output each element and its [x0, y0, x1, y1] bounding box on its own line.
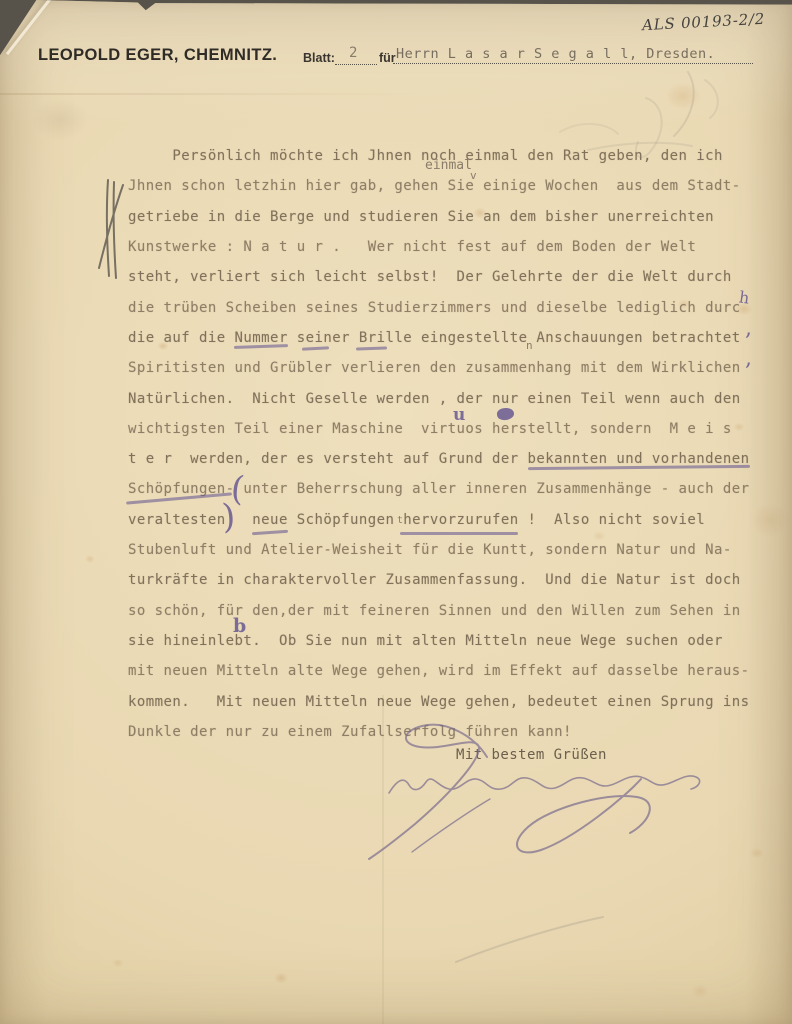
letter-body: Persönlich möchte ich Jhnen noch einmal …	[128, 141, 768, 747]
ink-underline-hervorzurufen	[400, 532, 518, 535]
letter-line: kommen. Mit neuen Mitteln neue Wege gehe…	[128, 687, 768, 717]
archive-number-annotation: ALS 00193-2/2	[642, 10, 766, 34]
insertion-caret: v	[470, 170, 477, 181]
letter-line: die auf die Nummer seiner Brille eingest…	[128, 323, 768, 353]
letter-line: t e r werden, der es versteht auf Grund …	[128, 444, 768, 474]
typed-subscript-n: n	[526, 340, 533, 351]
blatt-label: Blatt:	[303, 51, 335, 65]
letter-line: steht, verliert sich leicht selbst! Der …	[128, 262, 768, 292]
letter-line: die trüben Scheiben seines Studierzimmer…	[128, 293, 768, 323]
inserted-word-einmal: einmal	[425, 159, 472, 172]
paper-sheet: LEOPOLD EGER, CHEMNITZ. Blatt: 2 für Her…	[0, 0, 792, 1024]
typed-mark-t: t	[397, 516, 403, 526]
recipient-name: Herrn L a s a r S e g a l l, Dresden.	[396, 46, 715, 62]
letter-line: mit neuen Mitteln alte Wege gehen, wird …	[128, 656, 768, 686]
handwritten-comma-2: ,	[745, 348, 752, 370]
letter-line: Stubenluft und Atelier-Weisheit für die …	[128, 535, 768, 565]
letter-line: sie hineinlebt. Ob Sie nun mit alten Mit…	[128, 626, 768, 656]
letter-line: Dunkle der nur zu einem Zufallserfolg fü…	[128, 717, 768, 747]
closing-salutation: Mit bestem Grüßen	[456, 747, 607, 763]
letter-line: so schön, für den,der mit feineren Sinne…	[128, 596, 768, 626]
paper-crease-horizontal	[0, 93, 430, 95]
letterhead-company: LEOPOLD EGER, CHEMNITZ.	[38, 46, 277, 65]
letter-line: Spiritisten und Grübler verlieren den zu…	[128, 353, 768, 383]
handwritten-h: h	[738, 289, 750, 306]
letter-line: Jhnen schon letzhin hier gab, gehen Sie …	[128, 171, 768, 201]
letter-line: Kunstwerke : N a t u r . Wer nicht fest …	[128, 232, 768, 262]
letter-line: turkräfte in charaktervoller Zusammenfas…	[128, 565, 768, 595]
letter-line: wichtigsten Teil einer Maschine virtuos …	[128, 414, 768, 444]
ink-overwrite-u: u	[453, 407, 465, 424]
scanned-letter-page: { "document": { "archive_label": "ALS 00…	[0, 0, 792, 1024]
ink-overwrite-b: b	[233, 617, 246, 636]
letter-line: Natürlichen. Nicht Geselle werden , der …	[128, 384, 768, 414]
blatt-number: 2	[349, 45, 357, 61]
handwritten-paren-close: )	[221, 500, 237, 535]
handwritten-comma-1: ,	[745, 318, 752, 340]
letter-line: getriebe in die Berge und studieren Sie …	[128, 202, 768, 232]
